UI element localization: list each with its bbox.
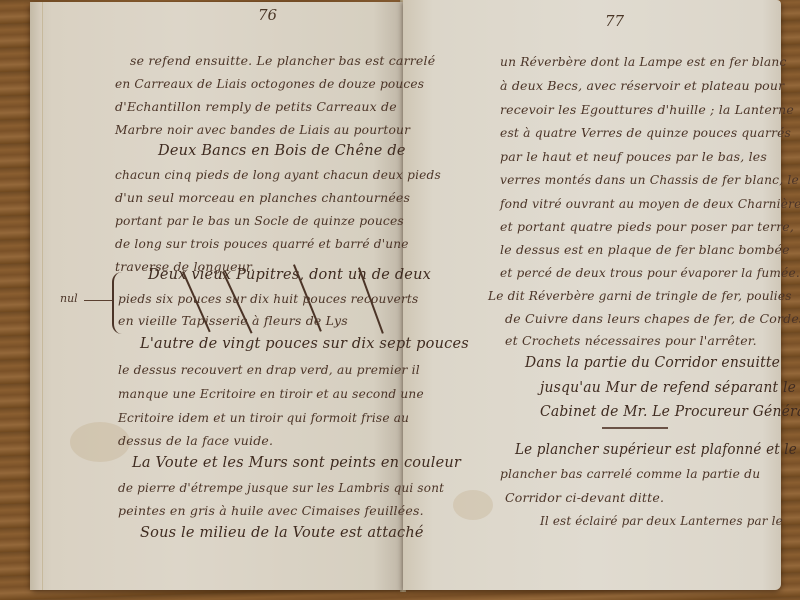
manuscript-line: et percé de deux trous pour évaporer la …: [500, 265, 800, 280]
section-divider: [602, 427, 668, 429]
manuscript-line: Le plancher supérieur est plafonné et le: [515, 442, 797, 458]
manuscript-line: le dessus recouvert en drap verd, au pre…: [118, 362, 420, 377]
manuscript-line: par le haut et neuf pouces par le bas, l…: [500, 149, 767, 164]
left-page-number: 76: [258, 6, 277, 24]
manuscript-line: L'autre de vingt pouces sur dix sept pou…: [140, 336, 469, 352]
manuscript-line: et portant quatre pieds pour poser par t…: [500, 219, 794, 234]
manuscript-line: fond vitré ouvrant au moyen de deux Char…: [500, 196, 800, 211]
section-heading-line: jusqu'au Mur de refend séparant le: [540, 380, 796, 396]
manuscript-line: un Réverbère dont la Lampe est en fer bl…: [500, 54, 787, 69]
manuscript-line: Ecritoire idem et un tiroir qui formoit …: [118, 410, 409, 425]
manuscript-line: Le dit Réverbère garni de tringle de fer…: [488, 288, 792, 303]
section-heading-line: Cabinet de Mr. Le Procureur Général.: [540, 404, 800, 420]
manuscript-line: Il est éclairé par deux Lanternes par le: [540, 513, 783, 528]
manuscript-line: à deux Becs, avec réservoir et plateau p…: [500, 78, 784, 93]
margin-dash: [84, 300, 112, 301]
manuscript-line: manque une Ecritoire en tiroir et au sec…: [118, 386, 424, 401]
manuscript-line: recevoir les Egouttures d'huille ; la La…: [500, 102, 794, 117]
manuscript-line-struck: Deux vieux Pupitres, dont un de deux: [148, 267, 431, 283]
manuscript-line: de long sur trois pouces quarré et barré…: [115, 236, 409, 251]
paper-stain: [453, 490, 493, 520]
manuscript-line: d'un seul morceau en planches chantourné…: [115, 190, 410, 205]
manuscript-line: d'Echantillon remply de petits Carreaux …: [115, 99, 397, 114]
manuscript-line: Corridor ci-devant ditte.: [505, 490, 664, 505]
manuscript-line: Deux Bancs en Bois de Chêne de: [158, 143, 406, 159]
manuscript-line: le dessus est en plaque de fer blanc bom…: [500, 242, 790, 257]
manuscript-line: se refend ensuitte. Le plancher bas est …: [130, 53, 435, 68]
manuscript-line: portant par le bas un Socle de quinze po…: [115, 213, 404, 228]
manuscript-line: de pierre d'étrempe jusque sur les Lambr…: [118, 480, 444, 495]
manuscript-line: La Voute et les Murs sont peints en coul…: [132, 455, 461, 471]
manuscript-line: de Cuivre dans leurs chapes de fer, de C…: [505, 311, 800, 326]
manuscript-line: et Crochets nécessaires pour l'arrêter.: [505, 333, 757, 348]
section-heading-line: Dans la partie du Corridor ensuitte: [525, 355, 780, 371]
manuscript-line: Marbre noir avec bandes de Liais au pour…: [115, 122, 410, 137]
manuscript-line: verres montés dans un Chassis de fer bla…: [500, 172, 799, 187]
manuscript-line: dessus de la face vuide.: [118, 433, 273, 448]
manuscript-line: en Carreaux de Liais octogones de douze …: [115, 76, 424, 91]
manuscript-line: Sous le milieu de la Voute est attaché: [140, 525, 424, 541]
manuscript-line: chacun cinq pieds de long ayant chacun d…: [115, 167, 441, 182]
right-page-number: 77: [605, 12, 624, 30]
manuscript-line: peintes en gris à huile avec Cimaises fe…: [118, 503, 424, 518]
manuscript-line: est à quatre Verres de quinze pouces qua…: [500, 125, 791, 140]
margin-note: nul: [60, 292, 78, 305]
manuscript-line: plancher bas carrelé comme la partie du: [500, 466, 760, 481]
